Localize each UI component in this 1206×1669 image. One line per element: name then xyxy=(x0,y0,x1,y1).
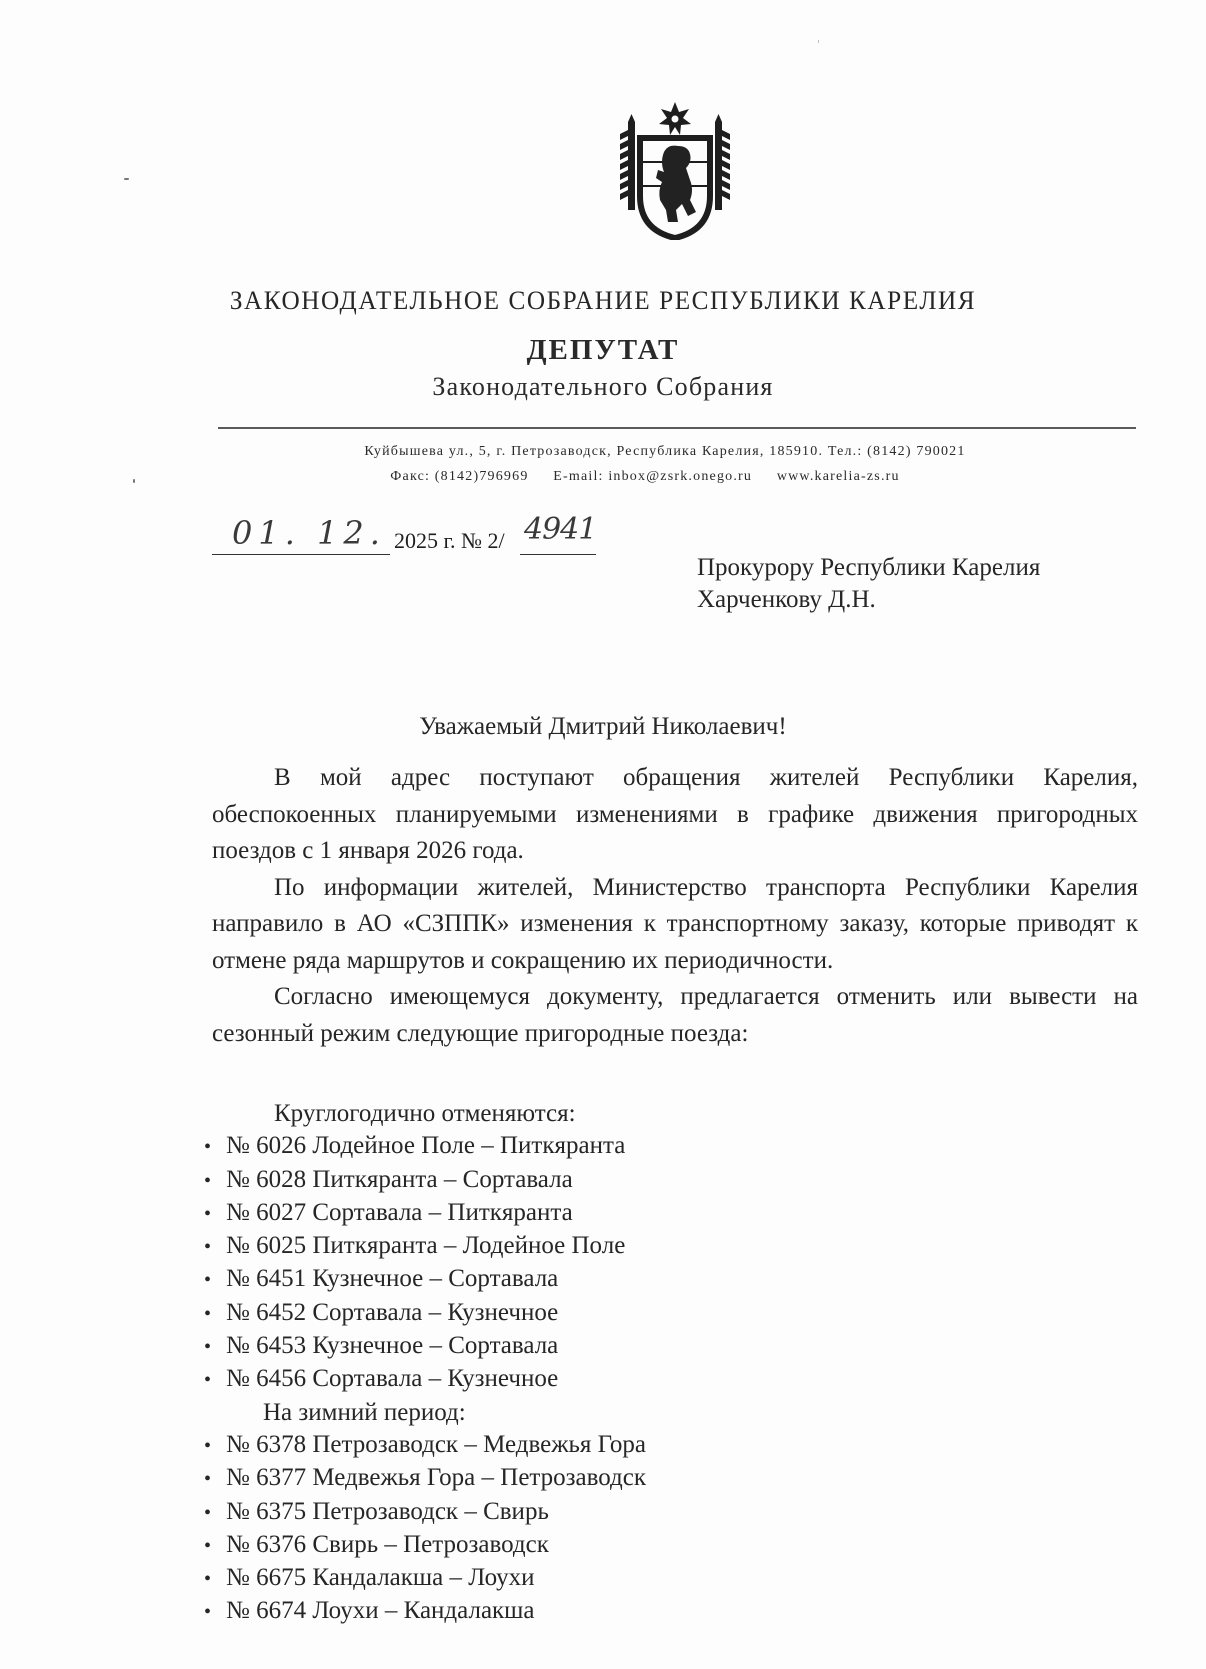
registration-year-text: 2025 г. № 2/ xyxy=(394,528,505,554)
salutation: Уважаемый Дмитрий Николаевич! xyxy=(0,713,1206,741)
header-divider xyxy=(218,427,1136,429)
paragraph-3: Согласно имеющемуся документу, предлагае… xyxy=(212,979,1138,1052)
addressee-line-2: Харченкову Д.Н. xyxy=(697,584,1040,616)
list-item: •№ 6451 Кузнечное – Сортавала xyxy=(204,1263,646,1296)
position-subtitle: Законодательного Собрания xyxy=(0,372,1206,402)
bullet-icon: • xyxy=(204,1331,226,1363)
bullet-icon: • xyxy=(204,1463,226,1495)
list-item: •№ 6375 Петрозаводск – Свирь xyxy=(204,1496,646,1529)
registration-number-handwritten: 4941 xyxy=(524,512,596,547)
list-item: •№ 6675 Кандалакша – Лоухи xyxy=(204,1562,646,1595)
bullet-icon: • xyxy=(204,1563,226,1595)
bullet-icon: • xyxy=(204,1364,226,1396)
letter-page: ЗАКОНОДАТЕЛЬНОЕ СОБРАНИЕ РЕСПУБЛИКИ КАРЕ… xyxy=(0,0,1206,1669)
contact-line: Факс: (8142)796969 E-mail: inbox@zsrk.on… xyxy=(42,469,1206,485)
registration-number-field: 4941 xyxy=(520,520,596,555)
list-item: •№ 6377 Медвежья Гора – Петрозаводск xyxy=(204,1462,646,1495)
train-lists: Круглогодично отменяются: •№ 6026 Лодейн… xyxy=(204,1098,646,1629)
list-heading-winter: На зимний период: xyxy=(204,1397,646,1429)
karelia-coat-of-arms-icon xyxy=(620,100,730,240)
contact-email: E-mail: inbox@zsrk.onego.ru xyxy=(553,469,752,484)
bullet-icon: • xyxy=(204,1264,226,1296)
registration-date-handwritten: 01. 12. xyxy=(232,514,386,552)
contact-fax: Факс: (8142)796969 xyxy=(390,469,528,484)
scan-speck xyxy=(124,178,129,180)
list-item: •№ 6453 Кузнечное – Сортавала xyxy=(204,1330,646,1363)
scan-speck xyxy=(133,479,135,483)
bullet-icon: • xyxy=(204,1430,226,1462)
list-item: •№ 6028 Питкяранта – Сортавала xyxy=(204,1164,646,1197)
scan-speck xyxy=(818,40,819,43)
list-item: •№ 6376 Свирь – Петрозаводск xyxy=(204,1529,646,1562)
list-item: •№ 6452 Сортавала – Кузнечное xyxy=(204,1297,646,1330)
list-item: •№ 6027 Сортавала – Питкяранта xyxy=(204,1197,646,1230)
organization-title: ЗАКОНОДАТЕЛЬНОЕ СОБРАНИЕ РЕСПУБЛИКИ КАРЕ… xyxy=(18,286,1188,316)
position-title: ДЕПУТАТ xyxy=(0,334,1206,367)
bullet-icon: • xyxy=(204,1298,226,1330)
bullet-icon: • xyxy=(204,1231,226,1263)
contact-address: Куйбышева ул., 5, г. Петрозаводск, Респу… xyxy=(62,444,1206,460)
list-item: •№ 6456 Сортавала – Кузнечное xyxy=(204,1363,646,1396)
list-item: •№ 6026 Лодейное Поле – Питкяранта xyxy=(204,1130,646,1163)
list-item: •№ 6378 Петрозаводск – Медвежья Гора xyxy=(204,1429,646,1462)
contact-website: www.karelia-zs.ru xyxy=(777,469,900,484)
addressee-line-1: Прокурору Республики Карелия xyxy=(697,552,1040,584)
bullet-icon: • xyxy=(204,1165,226,1197)
paragraph-1: В мой адрес поступают обращения жителей … xyxy=(212,760,1138,870)
addressee-block: Прокурору Республики Карелия Харченкову … xyxy=(697,552,1040,616)
bullet-icon: • xyxy=(204,1530,226,1562)
bullet-icon: • xyxy=(204,1497,226,1529)
bullet-icon: • xyxy=(204,1596,226,1628)
bullet-icon: • xyxy=(204,1198,226,1230)
letter-body: В мой адрес поступают обращения жителей … xyxy=(212,760,1138,1052)
list-item: •№ 6674 Лоухи – Кандалакша xyxy=(204,1595,646,1628)
paragraph-2: По информации жителей, Министерство тран… xyxy=(212,870,1138,980)
list-heading-year-round: Круглогодично отменяются: xyxy=(204,1098,646,1130)
registration-date-field: 01. 12. xyxy=(212,520,390,555)
list-item: •№ 6025 Питкяранта – Лодейное Поле xyxy=(204,1230,646,1263)
bullet-icon: • xyxy=(204,1131,226,1163)
